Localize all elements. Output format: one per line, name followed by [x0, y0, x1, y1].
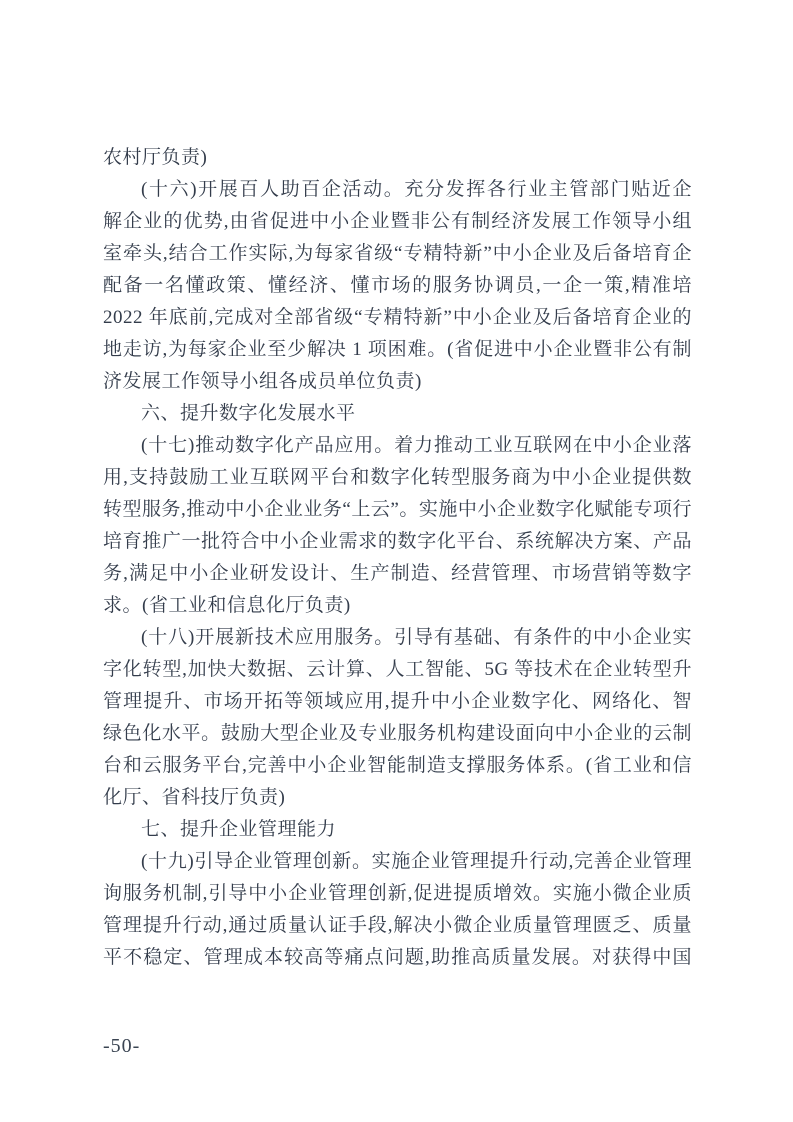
section-heading-line: 七、提升企业管理能力	[103, 814, 692, 846]
text-line: 平不稳定、管理成本较高等痛点问题,助推高质量发展。对获得中国质量	[103, 942, 692, 974]
text-line: 室牵头,结合工作实际,为每家省级“专精特新”中小企业及后备培育企业	[103, 238, 692, 270]
page-number: -50-	[103, 1034, 140, 1058]
text-line: 济发展工作领导小组各成员单位负责)	[103, 366, 692, 398]
text-line: 管理提升行动,通过质量认证手段,解决小微企业质量管理匮乏、质量水	[103, 910, 692, 942]
text-line: 务,满足中小企业研发设计、生产制造、经营管理、市场营销等数字化需	[103, 558, 692, 590]
text-line: (十八)开展新技术应用服务。引导有基础、有条件的中小企业实施数	[103, 622, 692, 654]
text-line: 求。(省工业和信息化厅负责)	[103, 590, 692, 622]
text-line: 管理提升、市场开拓等领域应用,提升中小企业数字化、网络化、智能化、	[103, 686, 692, 718]
text-line: 配备一名懂政策、懂经济、懂市场的服务协调员,一企一策,精准培育。	[103, 270, 692, 302]
text-line: 地走访,为每家企业至少解决 1 项困难。(省促进中小企业暨非公有制经	[103, 334, 692, 366]
text-line: 农村厅负责)	[103, 142, 692, 174]
section-heading-line: 六、提升数字化发展水平	[103, 398, 692, 430]
document-page: 农村厅负责) (十六)开展百人助百企活动。充分发挥各行业主管部门贴近企业、了 解…	[0, 0, 793, 1122]
text-line: 台和云服务平台,完善中小企业智能制造支撑服务体系。(省工业和信息	[103, 750, 692, 782]
text-line: 询服务机制,引导中小企业管理创新,促进提质增效。实施小微企业质量	[103, 878, 692, 910]
document-text-block: 农村厅负责) (十六)开展百人助百企活动。充分发挥各行业主管部门贴近企业、了 解…	[103, 142, 692, 974]
text-line: (十七)推动数字化产品应用。着力推动工业互联网在中小企业落地应	[103, 430, 692, 462]
text-line: 培育推广一批符合中小企业需求的数字化平台、系统解决方案、产品和服	[103, 526, 692, 558]
text-line: 绿色化水平。鼓励大型企业及专业服务机构建设面向中小企业的云制造平	[103, 718, 692, 750]
text-line: (十六)开展百人助百企活动。充分发挥各行业主管部门贴近企业、了	[103, 174, 692, 206]
text-line: 解企业的优势,由省促进中小企业暨非公有制经济发展工作领导小组办公	[103, 206, 692, 238]
text-line: 化厅、省科技厅负责)	[103, 782, 692, 814]
text-line: 字化转型,加快大数据、云计算、人工智能、5G 等技术在企业转型升级、	[103, 654, 692, 686]
text-line: 转型服务,推动中小企业业务“上云”。实施中小企业数字化赋能专项行动,	[103, 494, 692, 526]
text-line: 用,支持鼓励工业互联网平台和数字化转型服务商为中小企业提供数字化	[103, 462, 692, 494]
text-line: (十九)引导企业管理创新。实施企业管理提升行动,完善企业管理咨	[103, 846, 692, 878]
text-line: 2022 年底前,完成对全部省级“专精特新”中小企业及后备培育企业的实	[103, 302, 692, 334]
